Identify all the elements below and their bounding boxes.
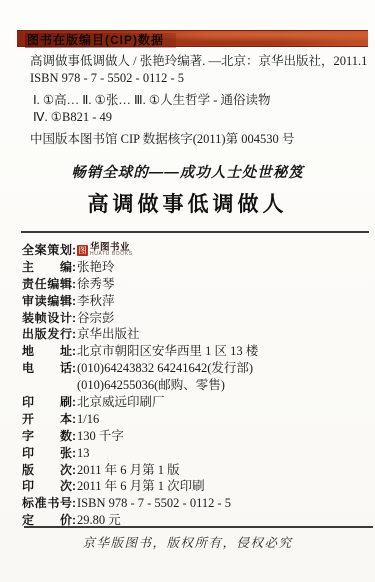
- row-value: 1/16: [77, 412, 99, 426]
- colophon-row-phone-2: :(010)64255036(邮购、零售): [22, 377, 367, 394]
- colophon-row-publisher: 出版发行:京华出版社: [22, 326, 367, 343]
- row-label: 电话: [22, 360, 72, 377]
- row-value: 李秋萍: [77, 294, 115, 308]
- row-label: 开本: [22, 411, 72, 428]
- row-value: 2011 年 6 月第 1 次印刷: [77, 479, 205, 493]
- row-value: (010)64255036(邮购、零售): [77, 378, 225, 392]
- row-label: 地址: [22, 343, 72, 360]
- colophon-row-address: 地址:北京市朝阳区安华西里 1 区 13 楼: [22, 343, 367, 360]
- colophon-row-impression: 印次:2011 年 6 月第 1 次印刷: [22, 478, 367, 495]
- huatu-logo-subtitle: HUATU BOOKS: [90, 252, 133, 257]
- colophon-row-executive-editor: 责任编辑:徐秀琴: [22, 276, 367, 293]
- huatu-logo-text: 华图书业HUATU BOOKS: [90, 244, 133, 257]
- colophon-row-cover-design: 装帧设计:谷宗彭: [22, 310, 367, 327]
- divider-top: [21, 231, 369, 233]
- cip-book-line: 高调做事低调做人 / 张艳玲编著. —北京：京华出版社，2011.1: [30, 53, 365, 70]
- row-label: 审读编辑: [22, 293, 72, 310]
- cip-isbn-line: ISBN 978 - 7 - 5502 - 0112 - 5: [30, 70, 365, 87]
- huatu-books-logo: 图华图书业HUATU BOOKS: [77, 244, 133, 257]
- row-value: 徐秀琴: [77, 277, 115, 291]
- row-label: 标准书号: [22, 495, 72, 512]
- row-label: 装帧设计: [22, 310, 72, 327]
- colophon-row-isbn: 标准书号:ISBN 978 - 7 - 5502 - 0112 - 5: [22, 495, 367, 512]
- row-value: ISBN 978 - 7 - 5502 - 0112 - 5: [77, 496, 231, 510]
- row-value: (010)64243832 64241642(发行部): [77, 361, 253, 375]
- row-value: 张艳玲: [77, 260, 115, 274]
- colophon-list: 全案策划:图华图书业HUATU BOOKS 主编:张艳玲 责任编辑:徐秀琴 审读…: [22, 242, 367, 529]
- row-label: 主编: [22, 259, 72, 276]
- row-label: 责任编辑: [22, 276, 72, 293]
- row-label: 印刷: [22, 394, 72, 411]
- huatu-logo-icon: 图: [77, 245, 88, 256]
- row-value: 2011 年 6 月第 1 版: [77, 463, 180, 477]
- row-label: 印张: [22, 445, 72, 462]
- row-label: 字数: [22, 428, 72, 445]
- cip-header-label: 图书在版编目(CIP)数据: [25, 33, 176, 48]
- row-label: 印次: [22, 478, 72, 495]
- cip-classification-line-1: Ⅰ. ①高… Ⅱ. ①张… Ⅲ. ①人生哲学 - 通俗读物: [30, 92, 365, 109]
- book-title: 高调做事低调做人: [0, 188, 375, 218]
- row-value: 北京威远印刷厂: [77, 395, 165, 409]
- row-value: 130 千字: [77, 429, 124, 443]
- row-value: 13: [77, 446, 90, 460]
- colophon-row-format: 开本:1/16: [22, 411, 367, 428]
- marketing-slogan: 畅销全球的——成功人士处世秘笈: [0, 161, 375, 182]
- row-value: 京华出版社: [77, 327, 140, 341]
- row-value: 谷宗彭: [77, 311, 115, 325]
- cip-registry-line: 中国版本图书馆 CIP 数据核字(2011)第 004530 号: [30, 131, 365, 148]
- row-label: 版次: [22, 462, 72, 479]
- divider-bottom: [24, 526, 373, 528]
- row-value: 北京市朝阳区安华西里 1 区 13 楼: [77, 344, 258, 358]
- colophon-row-edition: 版次:2011 年 6 月第 1 版: [22, 462, 367, 479]
- colophon-row-printer: 印刷:北京威远印刷厂: [22, 394, 367, 411]
- cip-classification-line-2: Ⅳ. ①B821 - 49: [30, 109, 365, 126]
- cip-record-block: 高调做事低调做人 / 张艳玲编著. —北京：京华出版社，2011.1 ISBN …: [30, 53, 365, 148]
- colophon-row-phone: 电话:(010)64243832 64241642(发行部): [22, 360, 367, 377]
- colophon-row-sheets: 印张:13: [22, 445, 367, 462]
- row-label: 出版发行: [22, 326, 72, 343]
- row-label: 全案策划: [22, 242, 72, 259]
- copyright-notice: 京华版图书，版权所有，侵权必究: [0, 533, 375, 551]
- colophon-row-planning: 全案策划:图华图书业HUATU BOOKS: [22, 242, 367, 259]
- cip-header-bar: 图书在版编目(CIP)数据: [17, 30, 368, 47]
- copyright-page: 图书在版编目(CIP)数据 高调做事低调做人 / 张艳玲编著. —北京：京华出版…: [0, 0, 375, 582]
- colophon-row-review-editor: 审读编辑:李秋萍: [22, 293, 367, 310]
- colophon-row-chief-editor: 主编:张艳玲: [22, 259, 367, 276]
- colophon-row-word-count: 字数:130 千字: [22, 428, 367, 445]
